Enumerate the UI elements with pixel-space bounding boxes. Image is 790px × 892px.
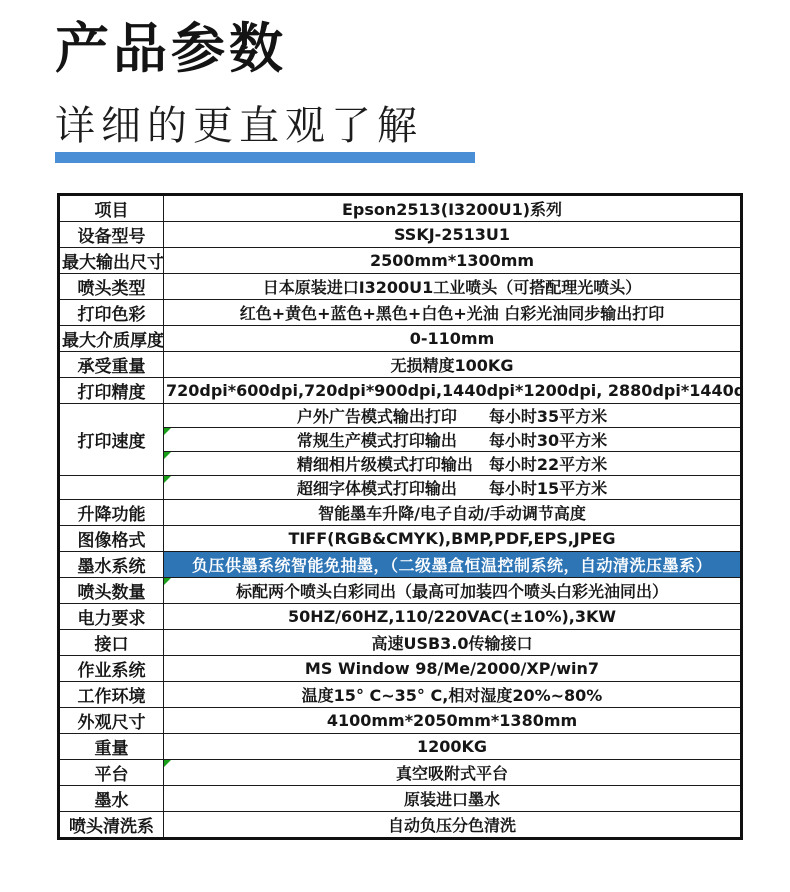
spec-value-text: 超细字体模式打印输出 每小时15平方米 — [297, 479, 607, 498]
spec-value-text: 精细相片级模式打印输出 每小时22平方米 — [297, 455, 607, 474]
spec-label-cell: 最大介质厚度 — [59, 326, 164, 352]
spec-value-cell: 1200KG — [164, 734, 742, 760]
spec-label-cell: 设备型号 — [59, 222, 164, 248]
spec-label-cell: 喷头数量 — [59, 578, 164, 604]
spec-value-text: 2500mm*1300mm — [370, 251, 534, 270]
spec-value-text: SSKJ-2513U1 — [394, 225, 510, 244]
table-row: 最大输出尺寸2500mm*1300mm — [59, 248, 742, 274]
spec-value-text: 1200KG — [417, 737, 487, 756]
spec-value-cell: MS Window 98/Me/2000/XP/win7 — [164, 656, 742, 682]
table-row: 电力要求50HZ/60HZ,110/220VAC(±10%),3KW — [59, 604, 742, 630]
table-row: 外观尺寸4100mm*2050mm*1380mm — [59, 708, 742, 734]
spec-value-cell: 50HZ/60HZ,110/220VAC(±10%),3KW — [164, 604, 742, 630]
table-row: 墨水原装进口墨水 — [59, 786, 742, 812]
spec-value-text: 温度15° C~35° C,相对湿度20%~80% — [302, 686, 603, 705]
spec-value-cell: 720dpi*600dpi,720dpi*900dpi,1440dpi*1200… — [164, 378, 742, 404]
spec-label-cell — [59, 476, 164, 500]
spec-value-text: 无损精度100KG — [391, 356, 514, 375]
spec-table: 项目Epson2513(I3200U1)系列设备型号SSKJ-2513U1最大输… — [57, 193, 743, 840]
spec-label-cell: 喷头类型 — [59, 274, 164, 300]
spec-value-text: 红色+黄色+蓝色+黑色+白色+光油 白彩光油同步输出打印 — [240, 304, 665, 323]
table-row: 平台真空吸附式平台 — [59, 760, 742, 786]
table-row: 打印速度户外广告模式输出打印 每小时35平方米 — [59, 404, 742, 428]
table-row: 最大介质厚度0-110mm — [59, 326, 742, 352]
spec-value-cell: 超细字体模式打印输出 每小时15平方米 — [164, 476, 742, 500]
table-row: 墨水系统负压供墨系统智能免抽墨，（二级墨盒恒温控制系统，自动清洗压墨系） — [59, 552, 742, 578]
excel-flag-triangle-icon — [164, 760, 171, 767]
spec-value-text: 4100mm*2050mm*1380mm — [327, 711, 577, 730]
spec-value-cell: 自动负压分色清洗 — [164, 812, 742, 839]
spec-label-cell: 打印色彩 — [59, 300, 164, 326]
spec-value-text: 常规生产模式打印输出 每小时30平方米 — [297, 431, 607, 450]
spec-label-cell: 项目 — [59, 195, 164, 222]
spec-label-cell: 墨水 — [59, 786, 164, 812]
excel-flag-triangle-icon — [164, 476, 171, 483]
table-row: 喷头数量标配两个喷头白彩同出（最高可加装四个喷头白彩光油同出） — [59, 578, 742, 604]
spec-label-cell: 工作环境 — [59, 682, 164, 708]
table-row: 喷头清洗系自动负压分色清洗 — [59, 812, 742, 839]
page-title: 产品参数 — [55, 18, 287, 80]
table-row: 喷头类型日本原装进口I3200U1工业喷头（可搭配理光喷头） — [59, 274, 742, 300]
table-row: 接口高速USB3.0传输接口 — [59, 630, 742, 656]
spec-label-cell: 打印精度 — [59, 378, 164, 404]
spec-label-cell: 墨水系统 — [59, 552, 164, 578]
table-row: 打印色彩红色+黄色+蓝色+黑色+白色+光油 白彩光油同步输出打印 — [59, 300, 742, 326]
table-row: 承受重量无损精度100KG — [59, 352, 742, 378]
spec-value-cell: SSKJ-2513U1 — [164, 222, 742, 248]
excel-flag-triangle-icon — [164, 452, 171, 459]
spec-label-cell: 平台 — [59, 760, 164, 786]
excel-flag-triangle-icon — [164, 578, 171, 585]
spec-value-cell: 精细相片级模式打印输出 每小时22平方米 — [164, 452, 742, 476]
spec-value-text: 智能墨车升降/电子自动/手动调节高度 — [318, 504, 586, 523]
spec-label-cell: 接口 — [59, 630, 164, 656]
spec-value-cell: 智能墨车升降/电子自动/手动调节高度 — [164, 500, 742, 526]
spec-value-cell: 无损精度100KG — [164, 352, 742, 378]
spec-value-cell: 负压供墨系统智能免抽墨，（二级墨盒恒温控制系统，自动清洗压墨系） — [164, 552, 742, 578]
spec-value-cell: 日本原装进口I3200U1工业喷头（可搭配理光喷头） — [164, 274, 742, 300]
spec-label-cell: 升降功能 — [59, 500, 164, 526]
spec-table-body: 项目Epson2513(I3200U1)系列设备型号SSKJ-2513U1最大输… — [59, 195, 742, 839]
spec-value-text: MS Window 98/Me/2000/XP/win7 — [305, 659, 599, 678]
spec-value-text: 原装进口墨水 — [404, 790, 500, 809]
page-subtitle: 详细的更直观了解 — [55, 103, 423, 149]
spec-label-cell: 打印速度 — [59, 404, 164, 476]
spec-value-cell: 原装进口墨水 — [164, 786, 742, 812]
spec-value-text: 自动负压分色清洗 — [388, 816, 516, 835]
spec-value-cell: 常规生产模式打印输出 每小时30平方米 — [164, 428, 742, 452]
spec-value-text: 负压供墨系统智能免抽墨，（二级墨盒恒温控制系统，自动清洗压墨系） — [192, 556, 712, 575]
spec-value-text: 50HZ/60HZ,110/220VAC(±10%),3KW — [288, 607, 616, 626]
spec-label-cell: 图像格式 — [59, 526, 164, 552]
excel-flag-triangle-icon — [164, 428, 171, 435]
spec-value-cell: 真空吸附式平台 — [164, 760, 742, 786]
spec-label-cell: 重量 — [59, 734, 164, 760]
table-row: 设备型号SSKJ-2513U1 — [59, 222, 742, 248]
table-row: 作业系统MS Window 98/Me/2000/XP/win7 — [59, 656, 742, 682]
spec-value-cell: 高速USB3.0传输接口 — [164, 630, 742, 656]
table-row: 打印精度720dpi*600dpi,720dpi*900dpi,1440dpi*… — [59, 378, 742, 404]
spec-value-text: 0-110mm — [410, 329, 495, 348]
spec-value-text: 户外广告模式输出打印 每小时35平方米 — [297, 407, 607, 426]
product-parameters-page: 产品参数 详细的更直观了解 项目Epson2513(I3200U1)系列设备型号… — [0, 0, 790, 892]
spec-value-cell: TIFF(RGB&CMYK),BMP,PDF,EPS,JPEG — [164, 526, 742, 552]
table-row: 项目Epson2513(I3200U1)系列 — [59, 195, 742, 222]
spec-value-text: 720dpi*600dpi,720dpi*900dpi,1440dpi*1200… — [166, 381, 742, 400]
spec-value-text: 标配两个喷头白彩同出（最高可加装四个喷头白彩光油同出） — [236, 582, 668, 601]
spec-value-cell: 温度15° C~35° C,相对湿度20%~80% — [164, 682, 742, 708]
spec-value-cell: 户外广告模式输出打印 每小时35平方米 — [164, 404, 742, 428]
spec-value-cell: Epson2513(I3200U1)系列 — [164, 195, 742, 222]
spec-value-text: TIFF(RGB&CMYK),BMP,PDF,EPS,JPEG — [288, 529, 615, 548]
spec-value-text: 日本原装进口I3200U1工业喷头（可搭配理光喷头） — [263, 278, 642, 297]
spec-label-cell: 外观尺寸 — [59, 708, 164, 734]
spec-label-cell: 喷头清洗系 — [59, 812, 164, 839]
spec-value-text: Epson2513(I3200U1)系列 — [342, 200, 562, 219]
spec-label-cell: 承受重量 — [59, 352, 164, 378]
spec-label-cell: 作业系统 — [59, 656, 164, 682]
spec-value-cell: 4100mm*2050mm*1380mm — [164, 708, 742, 734]
table-row: 升降功能智能墨车升降/电子自动/手动调节高度 — [59, 500, 742, 526]
table-row: 图像格式TIFF(RGB&CMYK),BMP,PDF,EPS,JPEG — [59, 526, 742, 552]
subtitle-underline-bar — [55, 152, 475, 163]
spec-value-cell: 标配两个喷头白彩同出（最高可加装四个喷头白彩光油同出） — [164, 578, 742, 604]
spec-value-cell: 红色+黄色+蓝色+黑色+白色+光油 白彩光油同步输出打印 — [164, 300, 742, 326]
table-row: 工作环境温度15° C~35° C,相对湿度20%~80% — [59, 682, 742, 708]
spec-value-cell: 2500mm*1300mm — [164, 248, 742, 274]
table-row: 重量1200KG — [59, 734, 742, 760]
spec-label-cell: 电力要求 — [59, 604, 164, 630]
spec-value-text: 真空吸附式平台 — [396, 764, 508, 783]
spec-value-text: 高速USB3.0传输接口 — [371, 634, 532, 653]
table-row: 超细字体模式打印输出 每小时15平方米 — [59, 476, 742, 500]
spec-label-cell: 最大输出尺寸 — [59, 248, 164, 274]
spec-value-cell: 0-110mm — [164, 326, 742, 352]
